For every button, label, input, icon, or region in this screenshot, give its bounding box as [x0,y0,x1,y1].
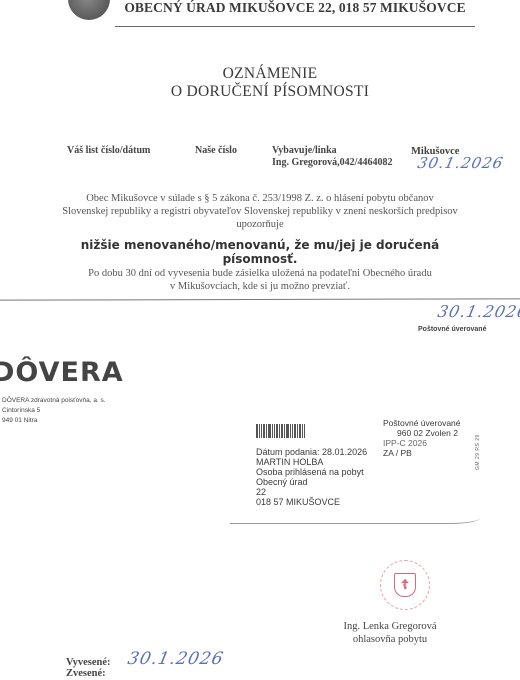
recipient-address: Dátum podania: 28.01.2026 MARTIN HOLBA O… [256,447,367,507]
sender-line: Cintorínska 5 [2,406,106,416]
sender-line: 949 01 Nitra [2,416,106,426]
signer-role: ohlasovňa pobytu [325,633,455,646]
our-number-label: Naše číslo [195,145,237,156]
postage-line: ZA / PB [383,448,461,458]
posted-label: Vyvesené: [66,657,111,668]
title-line-2: O DORUČENÍ PÍSOMNOSTI [120,83,420,101]
legal-line-2: Slovenskej republiky a registri obyvateľ… [60,205,460,218]
postage-line: IPP-C 2026 [383,438,461,448]
envelope-handwritten-date: 30.1.2026 [436,302,520,321]
header-divider [115,26,475,27]
envelope-postage-header: Poštovné úverované [418,326,486,333]
recipient-line: Osoba prihlásená na pobyt [256,467,367,477]
handled-by-label: Vybavuje/linka [272,145,337,156]
postage-line: Poštovné úverované [383,418,461,428]
recipient-line: 22 [256,487,367,497]
recipient-line: 018 57 MIKUŠOVCE [256,497,367,507]
barcode [256,424,308,438]
pickup-paragraph: Po dobu 30 dní od vyvesenia bude zásielk… [60,267,460,293]
dovera-logo: DÔVERA [0,357,124,388]
handwritten-date: 30.1.2026 [416,154,505,172]
your-letter-label: Váš list číslo/dátum [67,145,150,156]
posted-date-handwritten: 30.1.2026 [126,649,226,669]
signer-name: Ing. Lenka Gregorová [325,620,455,633]
signature-block: Ing. Lenka Gregorová ohlasovňa pobytu [325,620,455,646]
pickup-line-1: Po dobu 30 dní od vyvesenia bude zásielk… [60,267,460,280]
legal-line-3: upozorňuje [60,218,460,231]
sender-line: DÔVERA zdravotná poisťovňa, a. s. [2,396,106,406]
vertical-code: GM 29 RS 29 [475,434,481,470]
envelope-window-edge [230,517,480,524]
fold-divider [0,298,520,300]
document-title: OZNÁMENIE O DORUČENÍ PÍSOMNOSTI [120,65,420,101]
recipient-line: Obecný úrad [256,477,367,487]
official-stamp: ☦ [380,560,430,610]
double-cross-shield-icon: ☦ [394,573,416,597]
postage-block: Poštovné úverované 960 02 Zvolen 2 IPP-C… [383,418,461,458]
sender-address: DÔVERA zdravotná poisťovňa, a. s. Cintor… [2,396,106,426]
pickup-line-2: v Mikušovciach, kde si ju možno prevziať… [60,280,460,293]
title-line-1: OZNÁMENIE [120,65,420,83]
office-header: OBECNÝ ÚRAD MIKUŠOVCE 22, 018 57 MIKUŠOV… [115,0,475,16]
handled-by-value: Ing. Gregorová,042/4464082 [272,157,392,168]
legal-line-1: Obec Mikušovce v súlade s § 5 zákona č. … [60,192,460,205]
postage-line: 960 02 Zvolen 2 [383,428,461,438]
delivery-notice: nižšie menovaného/menovanú, že mu/jej je… [60,238,460,266]
municipal-crest-seal [68,0,110,20]
legal-paragraph: Obec Mikušovce v súlade s § 5 zákona č. … [60,192,460,231]
recipient-name: MARTIN HOLBA [256,457,367,467]
submission-date: Dátum podania: 28.01.2026 [256,447,367,457]
removed-label: Zvesené: [66,668,106,679]
